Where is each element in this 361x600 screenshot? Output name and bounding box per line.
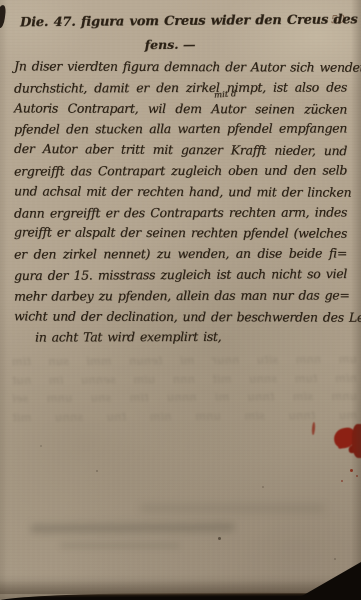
bleedthrough-line: um nnm situ nnur mi tenun mmi sun tim	[12, 350, 357, 371]
ink-speck	[96, 470, 98, 472]
body-line: dann ergreifft er des Contraparts rechte…	[14, 202, 347, 224]
body-text: Jn diser vierdten figura demnach der Aut…	[14, 57, 347, 348]
bleedthrough-streak	[140, 505, 325, 511]
red-stain-dot	[350, 469, 353, 472]
red-stain-dot	[356, 475, 358, 477]
bleedthrough-line: nim tum snnu mit nnn uim sennu im nut	[12, 368, 357, 389]
body-line: wicht und der declination, und der besch…	[14, 306, 347, 328]
manuscript-scan: 50 Die. 47. figura vom Creus wider den C…	[0, 0, 361, 600]
body-line: gura der 15. misstrass zugleich ist auch…	[14, 264, 347, 287]
body-line: pfendel den stucken alla warten pfendel …	[14, 119, 347, 141]
ink-speck	[40, 445, 42, 447]
red-stain-dot	[341, 480, 343, 482]
heading-line-1: Die. 47. figura vom Creus wider den Creu…	[20, 13, 347, 31]
bleedthrough-line: unm sim tnnu mi nnnu tim snu unm sei	[12, 387, 357, 408]
body-line: und achsal mit der rechten hand, und mit…	[14, 181, 347, 203]
ink-speck	[218, 537, 221, 540]
body-line: mehr darbey zu pfenden, allein das man n…	[14, 285, 347, 307]
page-corner-bottom-right	[295, 562, 361, 600]
red-stain-blob	[352, 424, 361, 458]
body-line: greifft er alspalt der seinen rechten pf…	[14, 223, 347, 245]
interlinear-insertion: mit d	[214, 89, 237, 101]
body-line: durchsticht, damit er den zirkel nimpt, …	[14, 77, 347, 99]
body-line: Autoris Contrapart, wil dem Autor seinen…	[14, 98, 347, 120]
body-line: er den zirkel nennet) zu wenden, an dise…	[14, 244, 347, 266]
bleedthrough-text: um nnm situ nnur mi tenun mmi sun tim ni…	[12, 350, 358, 426]
body-line: Jn diser vierdten figura demnach der Aut…	[14, 56, 347, 78]
bleedthrough-line: mu tnnu sim unm nim tnu snnu mit	[12, 405, 357, 426]
bleedthrough-streak	[60, 543, 180, 548]
body-line: ergreifft das Contrapart zugleich oben u…	[14, 160, 347, 182]
body-line: der Autor aber tritt mit ganzer Krafft n…	[14, 139, 347, 162]
ink-speck	[262, 486, 264, 488]
body-line-last: in acht Tat wird exemplirt ist,	[14, 327, 347, 349]
bleedthrough-streak	[30, 523, 235, 532]
ink-speck	[334, 558, 336, 560]
